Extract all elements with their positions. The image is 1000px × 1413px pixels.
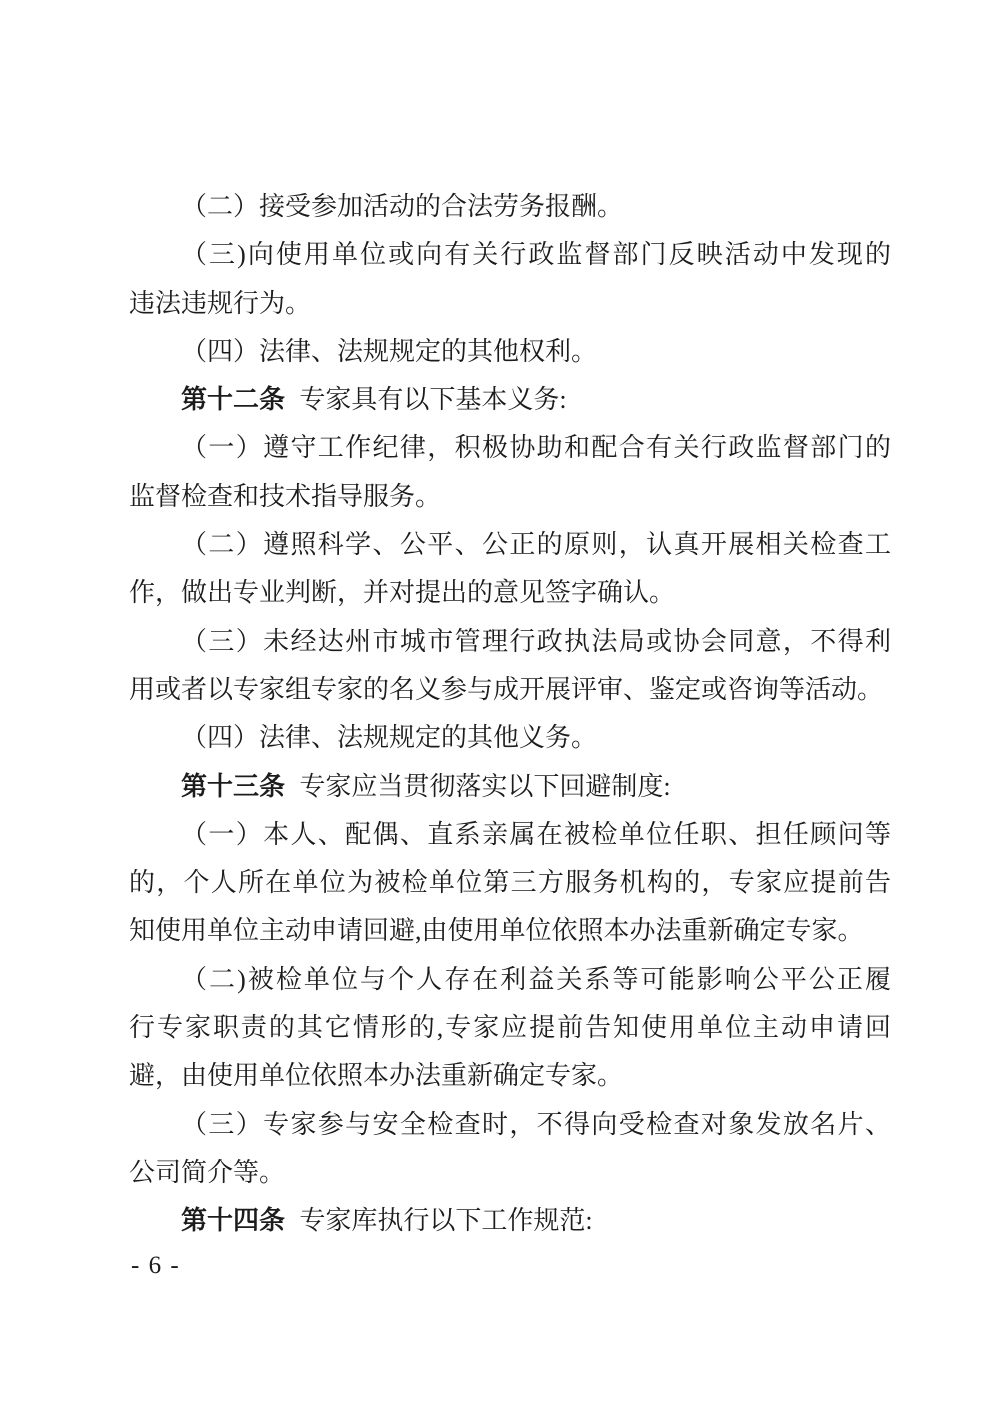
text-line: 作，做出专业判断，并对提出的意见签字确认。 — [129, 569, 891, 617]
article-number: 第十二条 — [181, 385, 285, 414]
text-line: （二）遵照科学、公平、公正的原则，认真开展相关检查工 — [129, 521, 891, 569]
text-line: （三）未经达州市城市管理行政执法局或协会同意，不得利 — [129, 618, 891, 666]
text-line: 避，由使用单位依照本办法重新确定专家。 — [129, 1052, 891, 1100]
article-heading: 第十三条专家应当贯彻落实以下回避制度: — [129, 763, 891, 811]
article-heading-text: 专家库执行以下工作规范: — [299, 1206, 592, 1235]
text-line: （三）专家参与安全检查时，不得向受检查对象发放名片、 — [129, 1101, 891, 1149]
page-number: - 6 - — [131, 1252, 180, 1280]
text-line: 公司简介等。 — [129, 1149, 891, 1197]
article-number: 第十三条 — [181, 772, 285, 801]
article-heading: 第十二条专家具有以下基本义务: — [129, 376, 891, 424]
text-line: 知使用单位主动申请回避,由使用单位依照本办法重新确定专家。 — [129, 907, 891, 955]
text-line: （二）接受参加活动的合法劳务报酬。 — [129, 183, 891, 231]
text-line: （一）本人、配偶、直系亲属在被检单位任职、担任顾问等 — [129, 811, 891, 859]
text-line: 监督检查和技术指导服务。 — [129, 473, 891, 521]
text-line: （四）法律、法规规定的其他义务。 — [129, 714, 891, 762]
text-line: （一）遵守工作纪律，积极协助和配合有关行政监督部门的 — [129, 424, 891, 472]
article-heading-text: 专家应当贯彻落实以下回避制度: — [299, 772, 670, 801]
text-line: 违法违规行为。 — [129, 280, 891, 328]
article-heading-text: 专家具有以下基本义务: — [299, 385, 566, 414]
text-line: （二)被检单位与个人存在利益关系等可能影响公平公正履 — [129, 956, 891, 1004]
article-number: 第十四条 — [181, 1206, 285, 1235]
article-heading: 第十四条专家库执行以下工作规范: — [129, 1197, 891, 1245]
text-line: 的，个人所在单位为被检单位第三方服务机构的，专家应提前告 — [129, 859, 891, 907]
text-line: 用或者以专家组专家的名义参与成开展评审、鉴定或咨询等活动。 — [129, 666, 891, 714]
document-body: （二）接受参加活动的合法劳务报酬。 （三)向使用单位或向有关行政监督部门反映活动… — [129, 183, 891, 1246]
text-line: （四）法律、法规规定的其他权利。 — [129, 328, 891, 376]
text-line: （三)向使用单位或向有关行政监督部门反映活动中发现的 — [129, 231, 891, 279]
text-line: 行专家职责的其它情形的,专家应提前告知使用单位主动申请回 — [129, 1004, 891, 1052]
